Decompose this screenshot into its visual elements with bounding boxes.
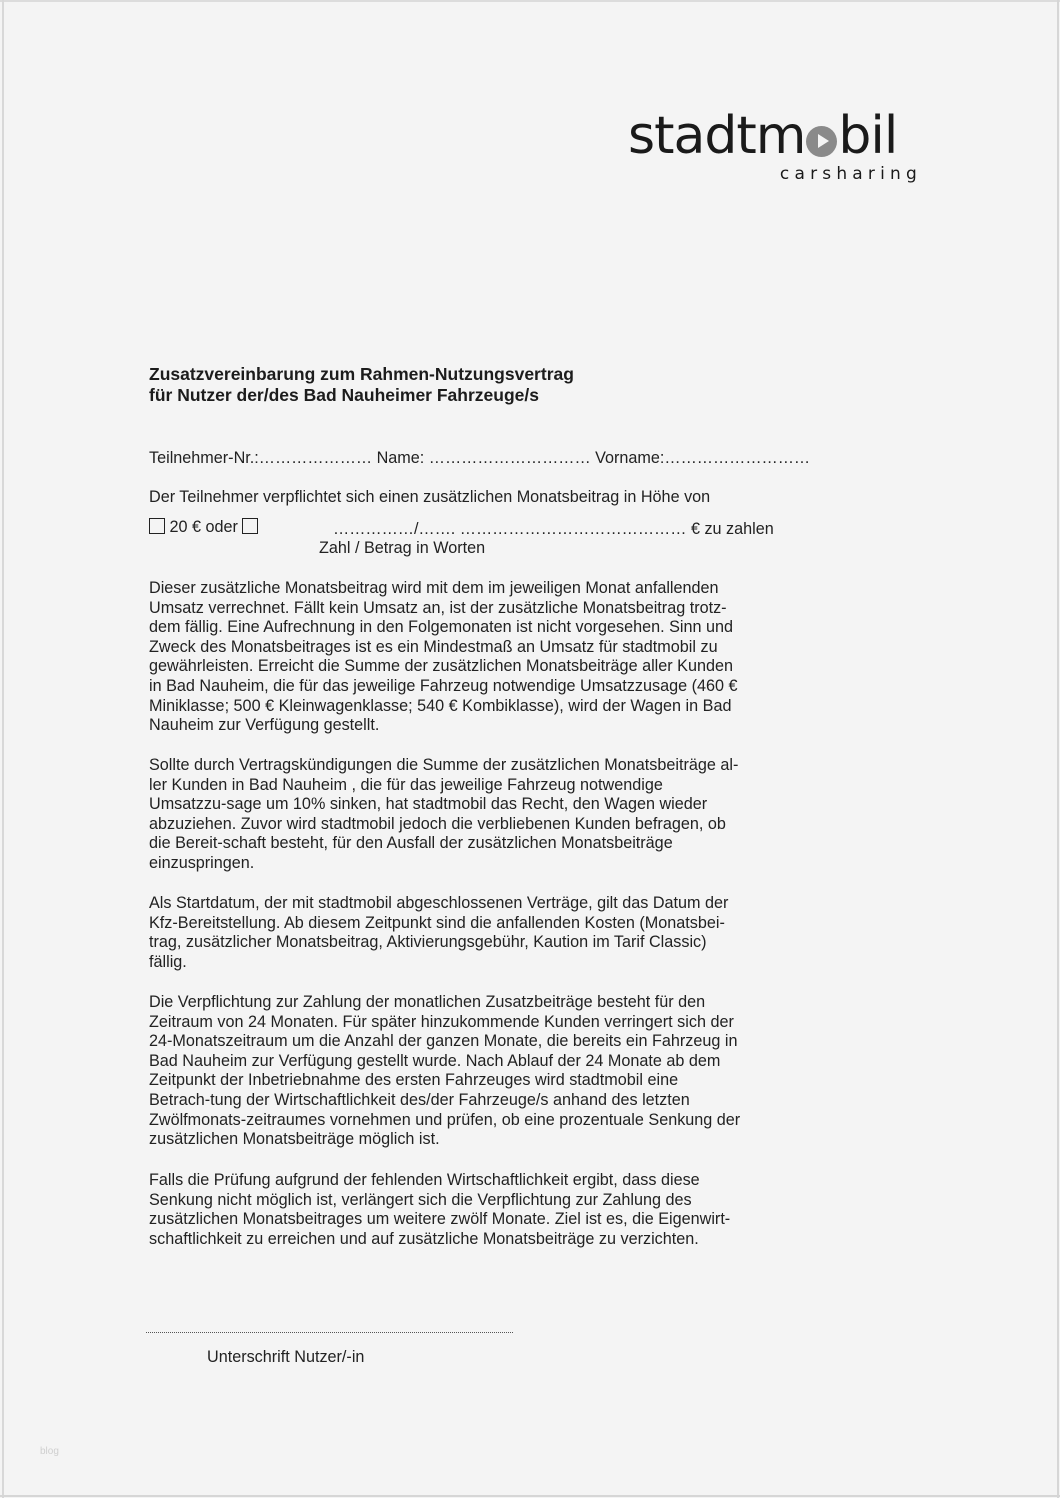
paragraph-line: Kfz-Bereitstellung. Ab diesem Zeitpunkt … xyxy=(149,914,728,934)
participant-no-field[interactable]: ………………… xyxy=(259,449,372,467)
obligation-text: Der Teilnehmer verpflichtet sich einen z… xyxy=(149,488,710,508)
play-circle-icon xyxy=(806,126,837,157)
paragraph-line: dem fällig. Eine Aufrechnung in den Folg… xyxy=(149,618,737,638)
paragraph-line: Nauheim zur Verfügung gestellt. xyxy=(149,716,737,736)
amount-caption: Zahl / Betrag in Worten xyxy=(319,539,485,559)
signature-caption: Unterschrift Nutzer/-in xyxy=(207,1348,364,1368)
paragraph-line: schaftlichkeit zu erreichen und auf zusä… xyxy=(149,1230,730,1250)
paragraph-4: Die Verpflichtung zur Zahlung der monatl… xyxy=(149,993,740,1150)
paragraph-line: in Bad Nauheim, die für das jeweilige Fa… xyxy=(149,677,737,697)
signature-line[interactable] xyxy=(146,1332,513,1333)
paragraph-line: Die Verpflichtung zur Zahlung der monatl… xyxy=(149,993,740,1013)
amount-suffix: € zu zahlen xyxy=(691,520,774,538)
option-20-euro-checkbox[interactable] xyxy=(149,518,165,534)
paragraph-line: Zeitraum von 24 Monaten. Für später hinz… xyxy=(149,1013,740,1033)
paragraph-line: Senkung nicht möglich ist, verlängert si… xyxy=(149,1191,730,1211)
page-edge-top xyxy=(0,0,1060,2)
paragraph-line: abzuziehen. Zuvor wird stadtmobil jedoch… xyxy=(149,815,738,835)
option-custom-amount-checkbox[interactable] xyxy=(242,518,258,534)
paragraph-line: gewährleisten. Erreicht die Summe der zu… xyxy=(149,657,737,677)
watermark: blog xyxy=(40,1446,59,1457)
firstname-field[interactable]: ……………………… xyxy=(664,449,810,467)
page-edge-left xyxy=(2,0,4,1498)
page-edge-bottom xyxy=(0,1495,1060,1497)
custom-amount-row: ……………/……. …………………………………… € zu zahlen xyxy=(333,520,774,540)
logo-text-start: stadtm xyxy=(628,108,805,164)
paragraph-line: zusätzlichen Monatsbeiträge möglich ist. xyxy=(149,1130,740,1150)
option-20-euro-label: 20 € oder xyxy=(170,518,238,536)
paragraph-line: Dieser zusätzliche Monatsbeitrag wird mi… xyxy=(149,579,737,599)
paragraph-line: Als Startdatum, der mit stadtmobil abges… xyxy=(149,894,728,914)
firstname-label: Vorname: xyxy=(595,449,664,467)
page-edge-right xyxy=(1057,0,1059,1498)
paragraph-2: Sollte durch Vertragskündigungen die Sum… xyxy=(149,756,738,874)
name-field[interactable]: ………………………… xyxy=(429,449,591,467)
amount-options-row: 20 € oder xyxy=(149,518,258,538)
paragraph-line: Zeitpunkt der Inbetriebnahme des ersten … xyxy=(149,1071,740,1091)
paragraph-line: fällig. xyxy=(149,953,728,973)
document-title: Zusatzvereinbarung zum Rahmen-Nutzungsve… xyxy=(149,364,574,406)
paragraph-line: Zwölfmonats-zeitraumes vornehmen und prü… xyxy=(149,1111,740,1131)
paragraph-line: 24-Monatszeitraum um die Anzahl der ganz… xyxy=(149,1032,740,1052)
paragraph-line: Falls die Prüfung aufgrund der fehlenden… xyxy=(149,1171,730,1191)
paragraph-line: einzuspringen. xyxy=(149,854,738,874)
custom-amount-field[interactable]: ……………/……. …………………………………… xyxy=(333,520,686,538)
stadtmobil-logo: stadtmbil carsharing xyxy=(628,108,928,164)
paragraph-line: Umsatz verrechnet. Fällt kein Umsatz an,… xyxy=(149,599,737,619)
paragraph-line: die Bereit-schaft besteht, für den Ausfa… xyxy=(149,834,738,854)
logo-wordmark: stadtmbil xyxy=(628,108,928,164)
name-label: Name: xyxy=(377,449,425,467)
paragraph-1: Dieser zusätzliche Monatsbeitrag wird mi… xyxy=(149,579,737,736)
paragraph-line: Betrach-tung der Wirtschaftlichkeit des/… xyxy=(149,1091,740,1111)
participant-fields-row: Teilnehmer-Nr.:………………… Name: ………………………… … xyxy=(149,449,810,469)
logo-tagline: carsharing xyxy=(780,164,922,184)
paragraph-line: ler Kunden in Bad Nauheim , die für das … xyxy=(149,776,738,796)
logo-text-end: bil xyxy=(838,108,897,164)
paragraph-line: trag, zusätzlicher Monatsbeitrag, Aktivi… xyxy=(149,933,728,953)
paragraph-line: Miniklasse; 500 € Kleinwagenklasse; 540 … xyxy=(149,697,737,717)
paragraph-line: Umsatzzu-sage um 10% sinken, hat stadtmo… xyxy=(149,795,738,815)
paragraph-line: Bad Nauheim zur Verfügung gestellt wurde… xyxy=(149,1052,740,1072)
title-line-1: Zusatzvereinbarung zum Rahmen-Nutzungsve… xyxy=(149,364,574,385)
title-line-2: für Nutzer der/des Bad Nauheimer Fahrzeu… xyxy=(149,385,574,406)
participant-no-label: Teilnehmer-Nr.: xyxy=(149,449,259,467)
paragraph-5: Falls die Prüfung aufgrund der fehlenden… xyxy=(149,1171,730,1249)
paragraph-line: zusätzlichen Monatsbeitrages um weitere … xyxy=(149,1210,730,1230)
paragraph-line: Sollte durch Vertragskündigungen die Sum… xyxy=(149,756,738,776)
paragraph-3: Als Startdatum, der mit stadtmobil abges… xyxy=(149,894,728,972)
paragraph-line: Zweck des Monatsbeitrages ist es ein Min… xyxy=(149,638,737,658)
